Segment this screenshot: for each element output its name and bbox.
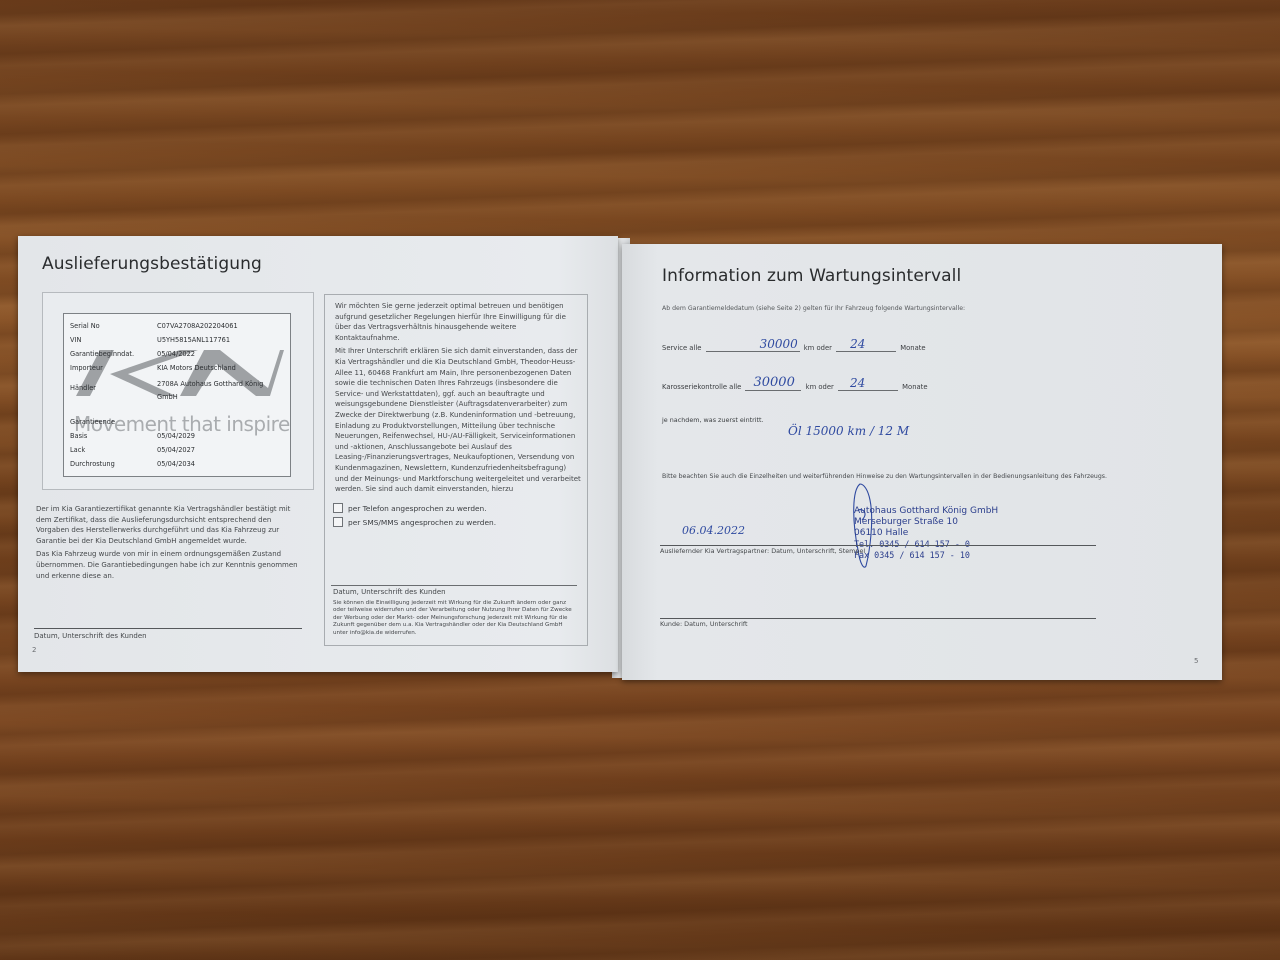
service-km-unit: km oder	[804, 344, 832, 352]
customer-signature-line[interactable]	[34, 628, 302, 629]
cert-value-importer: KIA Motors Deutschland	[157, 364, 236, 372]
service-km-value: 30000	[760, 337, 798, 351]
stamp-city: 06110 Halle	[854, 528, 998, 539]
delivery-paragraph-1: Der im Kia Garantiezertifikat genannte K…	[36, 504, 306, 546]
page-number: 2	[32, 646, 36, 654]
cert-label-corrosion: Durchrostung	[70, 460, 115, 468]
maintenance-hint: Bitte beachten Sie auch die Einzelheiten…	[662, 473, 1107, 480]
warranty-certificate-frame: Movement that inspires Serial No C07VA27…	[42, 292, 314, 490]
consent-paragraph-2: Mit Ihrer Unterschrift erklären Sie sich…	[335, 346, 581, 494]
delivery-paragraph-2: Das Kia Fahrzeug wurde von mir in einem …	[36, 549, 306, 581]
service-months-value: 24	[850, 337, 865, 351]
service-months-field[interactable]: 24	[836, 341, 896, 352]
cert-value-vin: U5YH5815ANL117761	[157, 336, 230, 344]
body-check-interval-row: Karosseriekontrolle alle 30000 km oder 2…	[662, 380, 928, 391]
consent-signature-line[interactable]	[331, 585, 577, 586]
cert-value-basis: 05/04/2029	[157, 432, 195, 440]
phone-consent-label: per Telefon angesprochen zu werden.	[348, 504, 487, 513]
body-check-months-field[interactable]: 24	[838, 380, 898, 391]
consent-text: Wir möchten Sie gerne jederzeit optimal …	[335, 301, 581, 498]
service-label: Service alle	[662, 344, 701, 352]
body-check-months-value: 24	[850, 376, 865, 390]
customer-signature-label: Datum, Unterschrift des Kunden	[34, 631, 147, 642]
consent-box: Wir möchten Sie gerne jederzeit optimal …	[324, 294, 588, 646]
cert-label-serial: Serial No	[70, 322, 100, 330]
page-number: 5	[1194, 657, 1198, 665]
consent-legal-note: Sie können die Einwilligung jederzeit mi…	[333, 600, 579, 637]
sms-consent-checkbox[interactable]	[333, 517, 343, 527]
cert-value-corrosion: 05/04/2034	[157, 460, 195, 468]
cert-label-paint: Lack	[70, 446, 85, 454]
body-check-km-unit: km oder	[806, 383, 834, 391]
consent-paragraph-1: Wir möchten Sie gerne jederzeit optimal …	[335, 301, 581, 343]
service-months-unit: Monate	[900, 344, 925, 352]
stamp-street: Merseburger Straße 10	[854, 517, 998, 528]
consent-option-sms[interactable]: per SMS/MMS angesprochen zu werden.	[333, 517, 496, 527]
service-km-field[interactable]: 30000	[706, 341, 800, 352]
dealer-signature-line[interactable]	[660, 545, 1096, 546]
cert-value-paint: 05/04/2027	[157, 446, 195, 454]
cert-label-dealer: Händler	[70, 384, 96, 392]
delivery-confirmation-text: Der im Kia Garantiezertifikat genannte K…	[36, 504, 306, 584]
maintenance-intro: Ab dem Garantiemeldedatum (siehe Seite 2…	[662, 305, 965, 312]
cert-label-vin: VIN	[70, 336, 81, 344]
page-title: Auslieferungsbestätigung	[42, 254, 262, 274]
body-check-km-field[interactable]: 30000	[745, 380, 801, 391]
handwritten-delivery-date: 06.04.2022	[682, 524, 745, 537]
consent-signature-label: Datum, Unterschrift des Kunden	[333, 588, 446, 596]
cert-label-warranty-start: Garantiebeginndat.	[70, 350, 134, 358]
page-title: Information zum Wartungsintervall	[662, 266, 961, 286]
cert-label-importer: Importeur	[70, 364, 103, 372]
customer-signature-line[interactable]	[660, 618, 1096, 619]
whichever-first-text: je nachdem, was zuerst eintritt.	[662, 416, 764, 424]
stamp-fax: Fax 0345 / 614 157 - 10	[854, 550, 998, 561]
body-check-months-unit: Monate	[902, 383, 927, 391]
stamp-dealer-name: Autohaus Gotthard König GmbH	[854, 506, 998, 517]
right-page: Information zum Wartungsintervall Ab dem…	[622, 244, 1222, 680]
left-page: Auslieferungsbestätigung Movement that i…	[18, 236, 618, 672]
phone-consent-checkbox[interactable]	[333, 503, 343, 513]
body-check-km-value: 30000	[753, 375, 794, 390]
sms-consent-label: per SMS/MMS angesprochen zu werden.	[348, 518, 496, 527]
cert-value-serial: C07VA2708A202204061	[157, 322, 238, 330]
cert-label-basis: Basis	[70, 432, 87, 440]
warranty-certificate: Movement that inspires Serial No C07VA27…	[63, 313, 291, 477]
body-check-label: Karosseriekontrolle alle	[662, 383, 741, 391]
consent-option-phone[interactable]: per Telefon angesprochen zu werden.	[333, 503, 487, 513]
handwritten-oil-note: Öl 15000 km / 12 M	[788, 424, 909, 438]
dealer-stamp: Autohaus Gotthard König GmbHMerseburger …	[854, 506, 998, 561]
service-interval-row: Service alle 30000 km oder 24 Monate	[662, 341, 926, 352]
cert-label-warranty-end: Garantieende	[70, 418, 115, 426]
cert-value-dealer: 2708A Autohaus Gotthard König GmbH	[157, 378, 267, 404]
cert-value-warranty-start: 05/04/2022	[157, 350, 195, 358]
dealer-signature-label: Ausliefernder Kia Vertragspartner: Datum…	[660, 547, 865, 555]
customer-signature-label: Kunde: Datum, Unterschrift	[660, 620, 748, 628]
